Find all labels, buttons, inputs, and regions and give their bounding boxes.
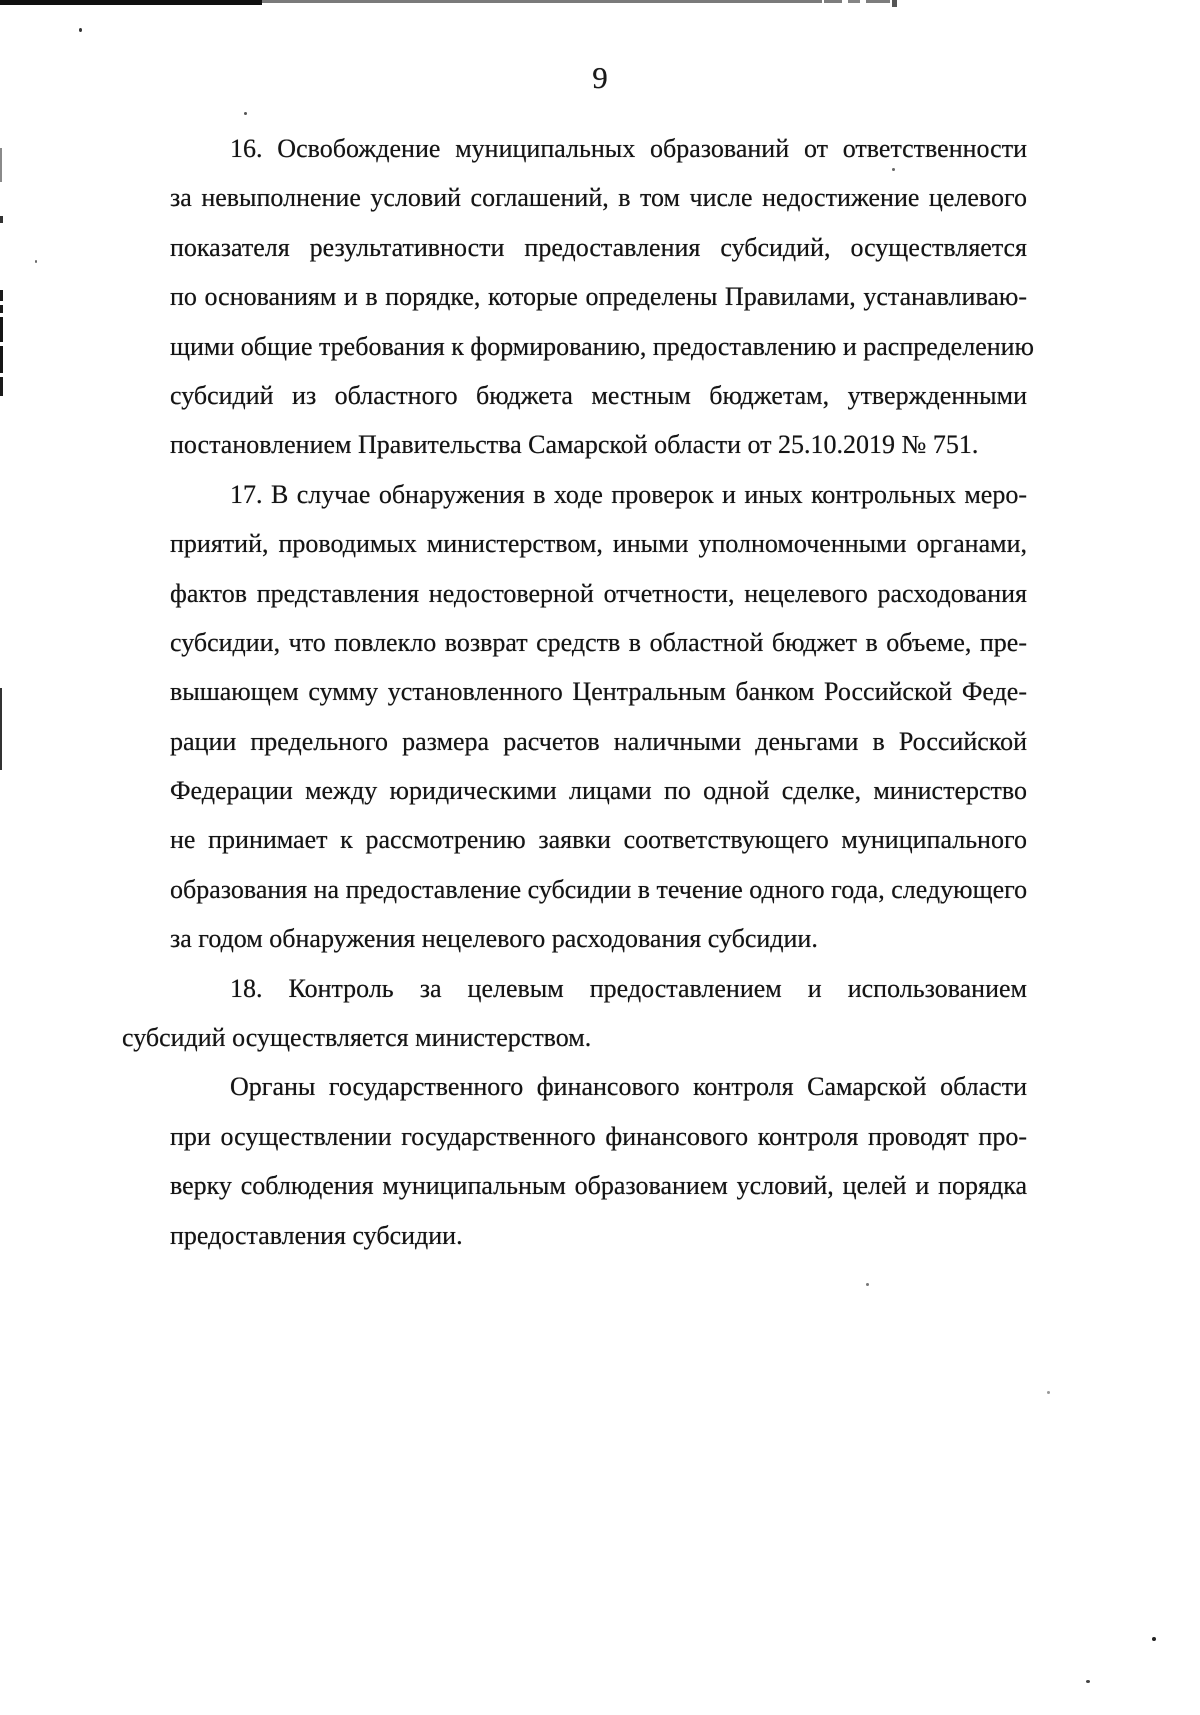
text-line: приятий, проводимых министерством, иными… bbox=[170, 519, 1027, 568]
text-line: вышающем сумму установленного Центральны… bbox=[170, 667, 1027, 716]
paragraph-17: 17. В случае обнаружения в ходе проверок… bbox=[170, 470, 1027, 964]
scan-edge-line bbox=[262, 0, 822, 3]
text-line: показателя результативности предоставлен… bbox=[170, 223, 1027, 272]
paragraph-16: 16. Освобождение муниципальных образован… bbox=[170, 124, 1027, 470]
text-line: 18. Контроль за целевым предоставлением … bbox=[170, 964, 1027, 1013]
scan-speck bbox=[1152, 1637, 1156, 1641]
text-line: 17. В случае обнаружения в ходе проверок… bbox=[170, 470, 1027, 519]
text-line: за годом обнаружения нецелевого расходов… bbox=[170, 914, 1027, 963]
text-line: фактов представления недостоверной отчет… bbox=[170, 569, 1027, 618]
text-line: Органы государственного финансового конт… bbox=[170, 1062, 1027, 1111]
text-line: щими общие требования к формированию, пр… bbox=[170, 322, 1027, 371]
text-line: субсидий из областного бюджета местным б… bbox=[170, 371, 1027, 420]
scan-left-edge-dash bbox=[0, 346, 3, 373]
text-line: предоставления субсидии. bbox=[170, 1211, 1027, 1260]
scan-edge-dash bbox=[866, 0, 890, 3]
scan-speck bbox=[244, 112, 247, 115]
text-line: верку соблюдения муниципальным образован… bbox=[170, 1161, 1027, 1210]
scan-edge-dash bbox=[824, 0, 842, 3]
text-line: по основаниям и в порядке, которые опред… bbox=[170, 272, 1027, 321]
scan-edge-dash bbox=[848, 0, 860, 3]
text-line: Федерации между юридическими лицами по о… bbox=[170, 766, 1027, 815]
scanned-document-page: 9 16. Освобождение муниципальных образов… bbox=[0, 0, 1200, 1715]
scan-left-edge-dash bbox=[0, 305, 3, 313]
scan-left-edge-dash bbox=[0, 216, 3, 223]
text-line: при осуществлении государственного финан… bbox=[170, 1112, 1027, 1161]
page-number: 9 bbox=[0, 62, 1200, 94]
scan-speck bbox=[1047, 1391, 1050, 1394]
scan-left-edge-dash bbox=[0, 290, 3, 301]
paragraph-18: 18. Контроль за целевым предоставлением … bbox=[170, 964, 1027, 1063]
text-line: за невыполнение условий соглашений, в то… bbox=[170, 173, 1027, 222]
scan-speck bbox=[1086, 1680, 1090, 1683]
text-line: 16. Освобождение муниципальных образован… bbox=[170, 124, 1027, 173]
scan-left-edge-dash bbox=[0, 377, 3, 396]
text-line: постановлением Правительства Самарской о… bbox=[170, 420, 1027, 469]
scan-left-edge-dash bbox=[0, 317, 3, 342]
document-body: 16. Освобождение муниципальных образован… bbox=[170, 124, 1027, 1260]
scan-speck bbox=[35, 260, 37, 263]
scan-edge-tick bbox=[892, 0, 897, 7]
text-line: не принимает к рассмотрению заявки соотв… bbox=[170, 815, 1027, 864]
text-line: образования на предоставление субсидии в… bbox=[170, 865, 1027, 914]
text-line: субсидий осуществляется министерством. bbox=[122, 1013, 1027, 1062]
scan-speck bbox=[79, 28, 82, 32]
text-line: субсидии, что повлекло возврат средств в… bbox=[170, 618, 1027, 667]
scan-speck bbox=[866, 1283, 869, 1286]
scan-left-edge-line bbox=[0, 688, 2, 770]
paragraph-final: Органы государственного финансового конт… bbox=[170, 1062, 1027, 1260]
scan-edge-bar bbox=[0, 0, 262, 5]
text-line: рации предельного размера расчетов налич… bbox=[170, 717, 1027, 766]
scan-left-edge-line bbox=[0, 148, 2, 182]
